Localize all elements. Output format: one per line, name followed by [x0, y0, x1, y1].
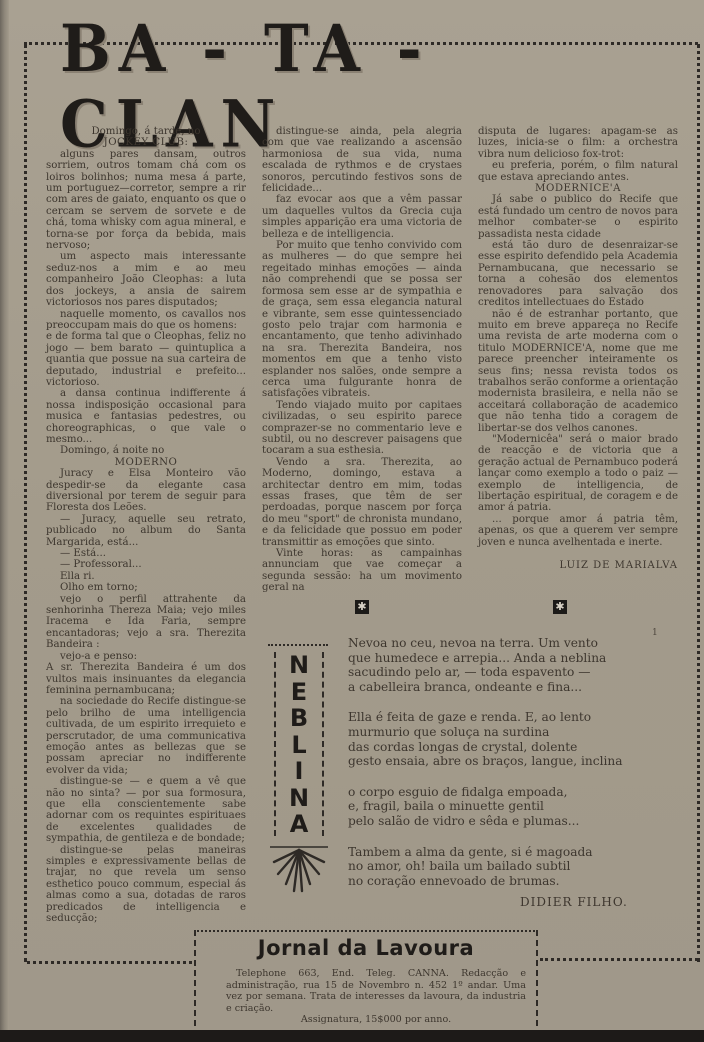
poem-line: no coração ennevoado de brumas.: [348, 874, 648, 889]
article-paragraph: na sociedade do Recife distingue-se pelo…: [46, 696, 246, 776]
article-paragraph: a dansa continua indifferente á nossa in…: [46, 388, 246, 445]
article-paragraph: não é de estranhar portanto, que muito e…: [478, 309, 678, 434]
poem-title-letter: E: [268, 679, 330, 706]
section-heading: MODERNO: [46, 457, 246, 468]
article-paragraph: disputa de lugares: apagam-se as luzes, …: [478, 126, 678, 160]
dotted-frame-bottom-right: [540, 958, 698, 961]
section-heading: JOCKEY CLUB:: [46, 137, 246, 148]
poem-title-vertical: NEBLINA: [268, 652, 330, 838]
advertisement-title: Jornal da Lavoura: [196, 936, 536, 960]
poem-stanza: Tambem a alma da gente, si é magoadano a…: [348, 845, 648, 889]
poem-line: a cabelleira branca, ondeante e fina...: [348, 680, 648, 695]
poem-line: Tambem a alma da gente, si é magoada: [348, 845, 648, 860]
poem-line: Nevoa no ceu, nevoa na terra. Um vento: [348, 636, 648, 651]
poem-line: das cordas longas de crystal, dolente: [348, 740, 648, 755]
article-paragraph: — Juracy, aquelle seu retrato, publicado…: [46, 514, 246, 548]
poem-title-letter: N: [268, 652, 330, 679]
article-paragraph: A sr. Therezita Bandeira é um dos vultos…: [46, 662, 246, 696]
advertisement-text: Telephone 663, End. Teleg. CANNA. Redacç…: [226, 968, 526, 1014]
article-paragraph: está tão duro de desenraizar-se esse esp…: [478, 240, 678, 308]
article-signature: LUIZ DE MARIALVA: [478, 560, 678, 571]
article-column-right: disputa de lugares: apagam-se as luzes, …: [478, 126, 678, 571]
poem-line: e, fragil, baila o minuette gentil: [348, 799, 648, 814]
advertisement-box: Jornal da Lavoura Telephone 663, End. Te…: [194, 930, 538, 1036]
masthead-title: BA - TA - CLAN: [60, 49, 660, 125]
article-paragraph: Por muito que tenho convivido com as mul…: [262, 240, 462, 400]
advertisement-subscription: Assignatura, 15$000 por anno.: [226, 1014, 526, 1026]
article-paragraph: Vendo a sra. Therezita, ao Moderno, domi…: [262, 457, 462, 548]
poem-box-border-top: [268, 644, 328, 646]
sunburst-ornament-icon: [268, 846, 330, 894]
poem-line: gesto ensaia, abre os braços, langue, in…: [348, 754, 648, 769]
article-paragraph: vejo-a e penso:: [46, 651, 246, 662]
poem-title-letter: B: [268, 705, 330, 732]
poem-author: DIDIER FILHO.: [520, 895, 628, 909]
poem-title-letter: A: [268, 811, 330, 838]
article-paragraph: Domingo, á tarde, no: [46, 126, 246, 137]
dotted-frame-left: [24, 44, 27, 962]
article-paragraph: "Modernicêa" será o maior brado de reacç…: [478, 434, 678, 514]
article-paragraph: Vinte horas: as campainhas annunciam que…: [262, 548, 462, 594]
scan-bottom-edge: [0, 1030, 704, 1042]
article-paragraph: distingue-se ainda, pela alegria com que…: [262, 126, 462, 194]
article-paragraph: Juracy e Elsa Monteiro vão despedir-se d…: [46, 468, 246, 514]
poem-line: pelo salão de vidro e sêda e plumas...: [348, 814, 648, 829]
article-paragraph: eu preferia, porém, o film natural que e…: [478, 160, 678, 183]
article-paragraph: ... porque amor á patria têm, apenas, os…: [478, 514, 678, 548]
article-paragraph: Já sabe o publico do Recife que está fun…: [478, 194, 678, 240]
dotted-frame-bottom-left: [27, 961, 192, 964]
poem-line: que humedece e arrepia... Anda a neblina: [348, 651, 648, 666]
star-ornament-icon: ✱: [553, 600, 567, 614]
page-binding-edge: [0, 0, 9, 1042]
poem-line: o corpo esguio de fidalga empoada,: [348, 785, 648, 800]
page-mark: 1: [652, 628, 658, 638]
article-paragraph: e de forma tal que o Cleophas, feliz no …: [46, 331, 246, 388]
article-paragraph: Domingo, á noite no: [46, 445, 246, 456]
article-paragraph: Ella ri.: [46, 571, 246, 582]
article-paragraph: — Professoral...: [46, 559, 246, 570]
article-paragraph: distingue-se — e quem a vê que não no si…: [46, 776, 246, 844]
article-column-middle: distingue-se ainda, pela alegria com que…: [262, 126, 462, 594]
article-paragraph: um aspecto mais interessante seduz-nos a…: [46, 251, 246, 308]
article-paragraph: naquelle momento, os cavallos nos preocc…: [46, 309, 246, 332]
poem-line: murmurio que soluça na surdina: [348, 725, 648, 740]
article-paragraph: Tendo viajado muito por capitaes civiliz…: [262, 400, 462, 457]
poem-title-letter: N: [268, 785, 330, 812]
star-ornament-icon: ✱: [355, 600, 369, 614]
poem-stanza: o corpo esguio de fidalga empoada,e, fra…: [348, 785, 648, 829]
poem-title-letter: L: [268, 732, 330, 759]
poem-line: Ella é feita de gaze e renda. E, ao lent…: [348, 710, 648, 725]
poem-line: sacudindo pelo ar, — toda espavento —: [348, 665, 648, 680]
advertisement-body: Telephone 663, End. Teleg. CANNA. Redacç…: [226, 968, 526, 1026]
article-paragraph: alguns pares dansam, outros sorriem, out…: [46, 149, 246, 252]
poem-line: no amor, oh! baila um bailado subtil: [348, 859, 648, 874]
poem-body: Nevoa no ceu, nevoa na terra. Um ventoqu…: [348, 636, 648, 904]
poem-stanza: Nevoa no ceu, nevoa na terra. Um ventoqu…: [348, 636, 648, 694]
article-column-left: Domingo, á tarde, noJOCKEY CLUB:alguns p…: [46, 126, 246, 924]
article-paragraph: distingue-se pelas maneiras simples e ex…: [46, 845, 246, 925]
dotted-frame-right: [697, 44, 700, 962]
article-paragraph: — Está...: [46, 548, 246, 559]
article-paragraph: vejo o perfil attrahente da senhorinha T…: [46, 594, 246, 651]
poem-stanza: Ella é feita de gaze e renda. E, ao lent…: [348, 710, 648, 768]
poem-title-box: NEBLINA: [268, 644, 328, 844]
section-heading: MODERNICE'A: [478, 183, 678, 194]
article-paragraph: Olho em torno;: [46, 582, 246, 593]
poem-title-letter: I: [268, 758, 330, 785]
article-paragraph: faz evocar aos que a vêm passar um daque…: [262, 194, 462, 240]
